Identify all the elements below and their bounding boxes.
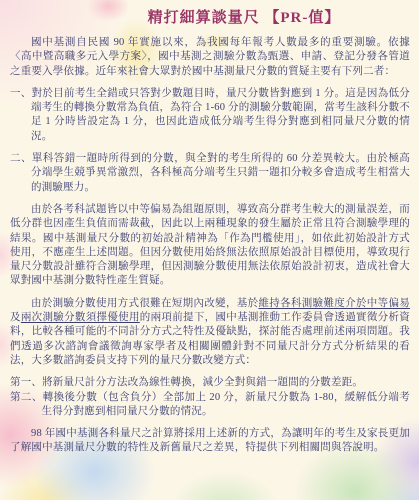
list-item-issue-2: 二、單科答錯一題時所得到的分數，與全對的考生所得的 60 分差異較大。由於極高分… (10, 152, 410, 195)
list-item-change-1: 第一、將新量尺計分方法改為線性轉換，減少全對與錯一題間的分數差距。 (10, 376, 410, 390)
list-item-issue-1: 一、對於目前考生全錯或只答對少數題目時，量尺分數皆對應到 1 分。這是因為低分端… (10, 87, 410, 144)
list-item-text: 單科答錯一題時所得到的分數，與全對的考生所得的 60 分差異較大。由於極高分端學… (31, 153, 410, 193)
premise-text: 由於測驗分數使用方式很難在短期內改變，基於 (31, 298, 258, 309)
paragraph-closing: 98 年國中基測各科量尺之計算將採用上述新的方式，為讓明年的考生及家長更加了解國… (10, 427, 410, 456)
document-page: 精打細算談量尺 【PR-值】 國中基測自民國 90 年實施以來，為我國每年報考人… (0, 0, 419, 500)
list-item-change-2: 第二、轉換後分數（包含負分）全部加上 20 分，新量尺分數為 1-80，緩解低分… (10, 391, 410, 420)
premise-underlined-2: 兩次測驗分數須擇優使用 (21, 312, 140, 323)
list-marker: 一、 (10, 88, 32, 99)
page-title: 精打細算談量尺 【PR-值】 (78, 6, 410, 27)
list-item-text: 轉換後分數（包含負分）全部加上 20 分，新量尺分數為 1-80，緩解低分端考生… (42, 392, 411, 417)
list-marker: 二、 (10, 153, 32, 164)
paragraph-explain: 由於各考科試題皆以中等偏易為組題原則，導致高分群考生較大的測量誤差，而低分群也因… (10, 203, 410, 289)
list-marker: 第一、 (10, 377, 42, 388)
list-marker: 第二、 (10, 392, 43, 403)
premise-underlined-1: 維持各科測驗難度介於中等偏易 (258, 298, 410, 309)
paragraph-premise: 由於測驗分數使用方式很難在短期內改變，基於維持各科測驗難度介於中等偏易及兩次測驗… (10, 297, 410, 368)
list-item-text: 對於目前考生全錯或只答對少數題目時，量尺分數皆對應到 1 分。這是因為低分端考生… (31, 88, 410, 142)
list-item-text: 將新量尺計分方法改為線性轉換，減少全對與錯一題間的分數差距。 (42, 377, 363, 388)
premise-text: 及 (10, 312, 21, 323)
paragraph-intro: 國中基測自民國 90 年實施以來，為我國每年報考人數最多的重要測驗。依據〈高中暨… (10, 36, 410, 79)
